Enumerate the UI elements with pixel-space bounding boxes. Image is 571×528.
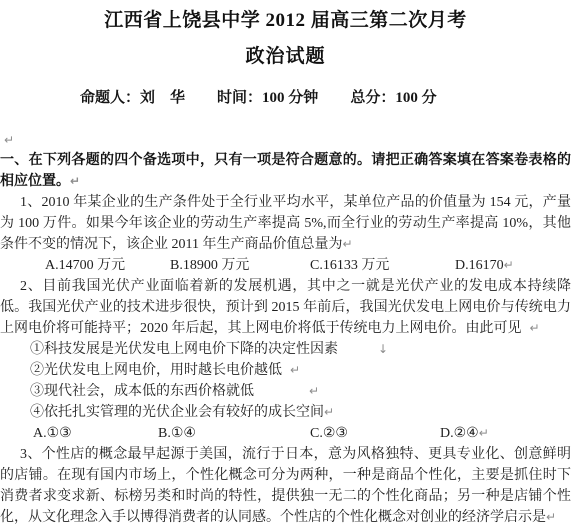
question-2-stem-text: 2、目前我国光伏产业面临着新的发展机遇，其中之一就是光伏产业的发电成本持续降低。… <box>0 279 571 336</box>
paragraph-mark: ↵ <box>342 237 352 251</box>
question-1-option-a: A.14700 万元 <box>45 255 170 276</box>
question-2-item-4: ④依托扎实管理的光伏企业会有较好的成长空间↵ <box>0 402 571 423</box>
question-2-option-c: C.②③ <box>310 423 440 444</box>
question-3-stem-text: 3、个性店的概念最早起源于美国，流行于日本，意为风格独特、更具专业化、创意鲜明的… <box>0 447 571 525</box>
question-2-item-3: ③现代社会，成本低的东西价格就低↵ <box>0 381 571 402</box>
setter-label: 命题人： <box>80 90 140 106</box>
question-2-item-2-text: ②光伏发电上网电价，用时越长电价越低 <box>30 363 282 378</box>
page-subtitle: 政治试题 <box>0 46 571 68</box>
paragraph-mark: ↵ <box>504 258 514 272</box>
total-score-value: 100 分 <box>395 90 436 106</box>
question-2-stem: 2、目前我国光伏产业面临着新的发展机遇，其中之一就是光伏产业的发电成本持续降低。… <box>0 276 571 339</box>
setter-segment: 命题人：刘 华 <box>80 90 185 106</box>
paragraph-mark: ↵ <box>4 133 14 147</box>
time-value: 100 分钟 <box>262 90 318 106</box>
paragraph-mark: ↵ <box>309 384 319 398</box>
question-2-option-d: D.②④ <box>440 423 479 444</box>
total-score-segment: 总分：100 分 <box>350 90 436 106</box>
total-score-label: 总分： <box>350 90 395 106</box>
question-2-option-a: A.①③ <box>33 423 158 444</box>
section-one-heading: 一、在下列各题的四个备选项中，只有一项是符合题意的。请把正确答案填在答案卷表格的… <box>0 150 571 192</box>
question-2-option-b: B.①④ <box>158 423 310 444</box>
setter-name: 刘 华 <box>140 90 185 106</box>
question-1-option-b: B.18900 万元 <box>170 255 310 276</box>
time-segment: 时间：100 分钟 <box>217 90 318 106</box>
exam-meta-line: 命题人：刘 华时间：100 分钟总分：100 分 <box>0 88 571 108</box>
question-2-options: A.①③B.①④C.②③D.②④↵ <box>0 423 571 444</box>
question-3-stem: 3、个性店的概念最早起源于美国，流行于日本，意为风格独特、更具专业化、创意鲜明的… <box>0 444 571 528</box>
question-2-item-1: ①科技发展是光伏发电上网电价下降的决定性因素↓ <box>0 339 571 360</box>
question-1-option-c: C.16133 万元 <box>310 255 455 276</box>
time-label: 时间： <box>217 90 262 106</box>
question-1-stem-text: 1、2010 年某企业的生产条件处于全行业平均水平，某单位产品的价值量为 154… <box>0 195 571 252</box>
section-one-heading-text: 一、在下列各题的四个备选项中，只有一项是符合题意的。请把正确答案填在答案卷表格的… <box>0 153 571 189</box>
paragraph-mark: ↵ <box>324 405 334 419</box>
question-2-item-3-text: ③现代社会，成本低的东西价格就低 <box>30 384 254 399</box>
question-2-item-4-text: ④依托扎实管理的光伏企业会有较好的成长空间 <box>30 405 324 420</box>
paragraph-mark: ↵ <box>70 174 80 188</box>
exam-document: 江西省上饶县中学 2012 届高三第二次月考 政治试题 命题人：刘 华时间：10… <box>0 0 571 528</box>
question-1-options: A.14700 万元B.18900 万元C.16133 万元D.16170↵ <box>0 255 571 276</box>
question-2-item-2: ②光伏发电上网电价，用时越长电价越低↵ <box>0 360 571 381</box>
question-1-option-d: D.16170 <box>455 255 504 276</box>
paragraph-mark: ↵ <box>479 426 489 440</box>
question-2-item-1-text: ①科技发展是光伏发电上网电价下降的决定性因素 <box>30 342 338 357</box>
paragraph-mark: ↵ <box>546 510 556 524</box>
line-break-mark: ↓ <box>378 342 388 356</box>
page-title: 江西省上饶县中学 2012 届高三第二次月考 <box>0 0 571 34</box>
paragraph-mark: ↵ <box>530 321 540 335</box>
empty-paragraph: ↵ <box>0 132 571 148</box>
paragraph-mark: ↵ <box>290 363 300 377</box>
question-1-stem: 1、2010 年某企业的生产条件处于全行业平均水平，某单位产品的价值量为 154… <box>0 192 571 255</box>
exam-body: 一、在下列各题的四个备选项中，只有一项是符合题意的。请把正确答案填在答案卷表格的… <box>0 150 571 528</box>
